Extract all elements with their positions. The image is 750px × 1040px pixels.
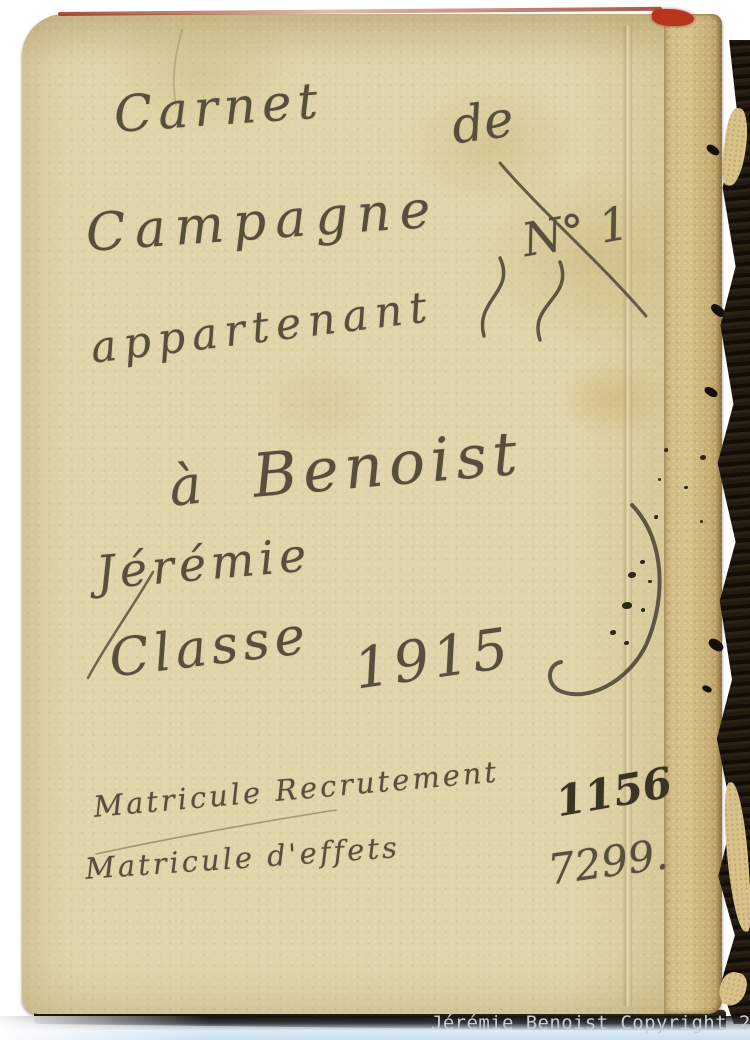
copyright-watermark: Jérémie Benoist Copyright 2008 xyxy=(431,1012,750,1034)
ink-speck xyxy=(700,520,703,523)
ink-speck xyxy=(684,486,688,489)
ink-speck xyxy=(648,580,652,583)
ink-speck xyxy=(624,641,629,645)
ink-speck xyxy=(658,478,661,481)
handwriting-a: à xyxy=(166,453,205,519)
ink-speck xyxy=(664,448,668,452)
ink-speck xyxy=(654,515,658,519)
red-edge-stain xyxy=(652,9,694,26)
ink-speck xyxy=(622,602,632,609)
ink-speck xyxy=(641,608,645,612)
torn-page-edge xyxy=(664,14,722,1014)
ink-speck xyxy=(610,630,616,635)
handwriting-de: de xyxy=(448,89,517,155)
ink-speck xyxy=(628,572,636,578)
scanned-notebook-cover: Carnet de Campagne N° 1 appartenant à Be… xyxy=(0,0,750,1040)
ink-speck xyxy=(700,455,706,460)
ink-speck xyxy=(640,560,645,564)
